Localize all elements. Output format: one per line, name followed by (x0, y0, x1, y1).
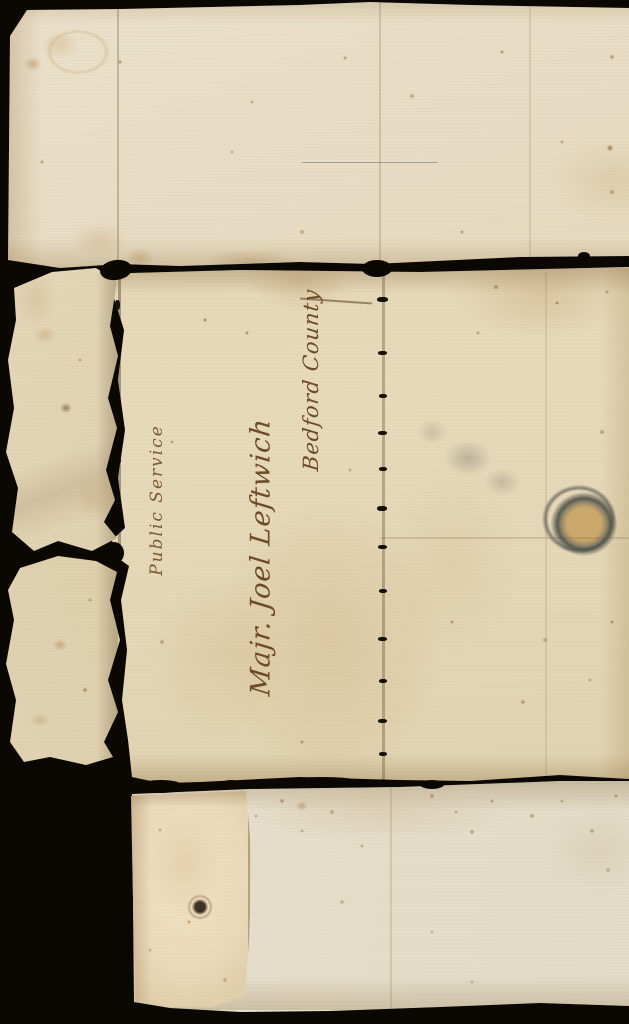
fold-hole (378, 545, 387, 549)
seam-hole (115, 745, 120, 754)
vertical-crease (529, 4, 531, 258)
endorsement-text: Public Service (147, 424, 167, 576)
seam-hole (115, 300, 120, 310)
fold-hole (377, 297, 388, 302)
fold-hole (379, 589, 387, 593)
seam-hole (116, 455, 121, 464)
faint-ink-line (302, 162, 437, 163)
seam-hole (115, 392, 120, 402)
edge-shade-bottom (112, 754, 629, 782)
seam-hole (115, 520, 121, 530)
vertical-crease (117, 9, 119, 266)
gap-hole (138, 780, 184, 793)
gap-hole (578, 252, 590, 260)
vertical-crease (379, 2, 381, 266)
horizontal-crease (380, 537, 629, 539)
edge-shade-bottom (8, 238, 629, 268)
scanned-letter: Public Service Majr. Joel Leftwich Bedfo… (0, 0, 629, 1024)
fold-hole (378, 637, 387, 641)
edge-shade-top (8, 2, 629, 24)
gap-hole (420, 780, 444, 789)
fold-hole (378, 719, 387, 723)
gap-hole (285, 777, 360, 786)
seam-hole (116, 600, 121, 609)
seam-hole (116, 700, 121, 709)
edge-shade-right (96, 268, 118, 552)
edge-shade-right (600, 267, 629, 780)
addressee-text: Majr. Joel Leftwich (246, 417, 277, 698)
fold-hole (379, 679, 387, 683)
destination-text: Bedford County (299, 288, 323, 472)
fold-hole (379, 394, 387, 398)
edge-shade-right (96, 556, 118, 766)
edge-shade-left (8, 9, 42, 268)
gap-hole (222, 780, 240, 788)
fold-hole (378, 351, 387, 355)
center-fold-crease (382, 272, 385, 780)
gap-hole (362, 260, 392, 277)
left-seam-crease (118, 276, 121, 768)
fold-hole (379, 467, 387, 471)
fold-hole (377, 506, 387, 511)
vertical-crease (545, 272, 547, 777)
fold-hole (378, 431, 387, 435)
gap-hole (104, 542, 124, 564)
